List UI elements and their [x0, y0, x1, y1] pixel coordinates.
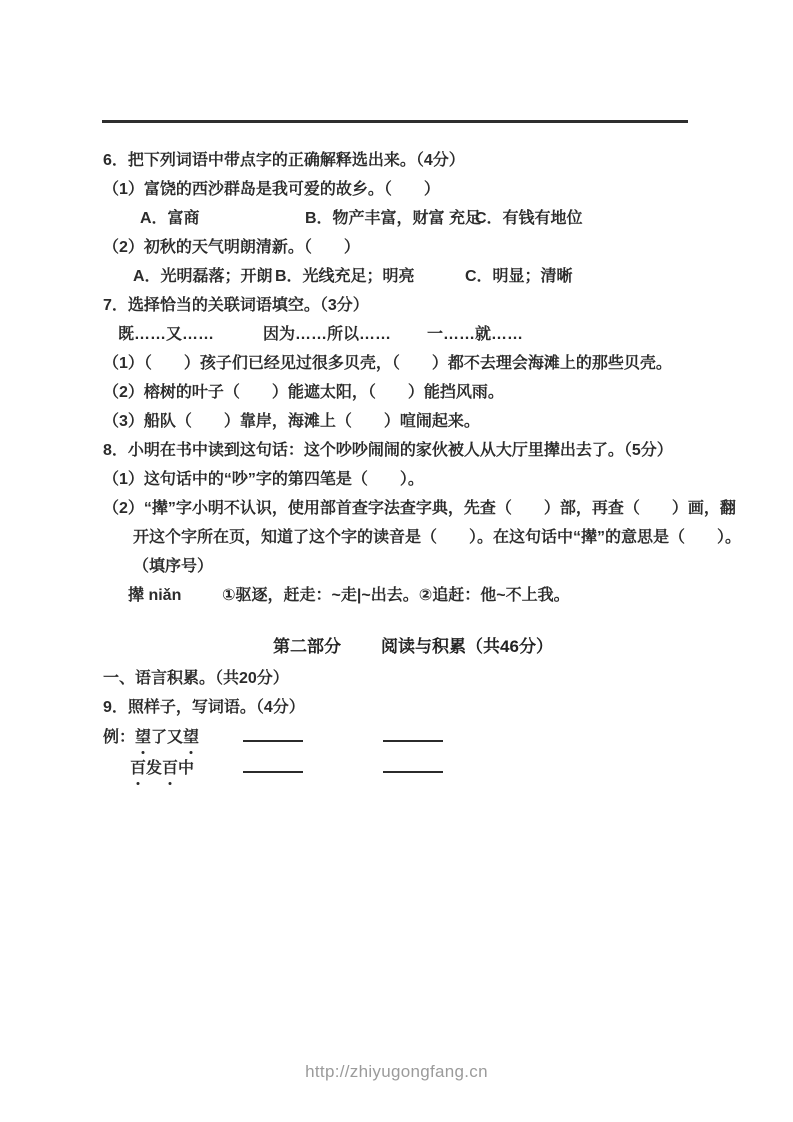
part2-header-title: 阅读与积累（共46分）: [381, 637, 553, 656]
q7-title: 7．选择恰当的关联词语填空。（3分）: [103, 295, 743, 317]
q7-connective-3: 一……就……: [427, 326, 523, 343]
q6-sub2-text: （2）初秋的天气明朗清新。（ ）: [103, 237, 743, 259]
answer-blank[interactable]: [383, 757, 443, 773]
q9-ex1-dotted-char-2: 望: [183, 727, 199, 749]
footer-url: http://zhiyugongfang.cn: [305, 1062, 488, 1081]
q8-sub1-text: （1）这句话中的“吵”字的第四笔是（ ）。: [103, 469, 743, 491]
q9-ex1-dotted-char-1: 望: [135, 727, 151, 749]
q6-sub2-options: A．光明磊落；开朗B．光线充足；明亮C．明显；清晰: [103, 266, 743, 288]
q9-example-row-2: 百发百中: [103, 757, 743, 779]
q9-title: 9．照样子，写词语。（4分）: [103, 697, 743, 719]
q7-connective-2: 因为……所以……: [263, 324, 427, 346]
footer: http://zhiyugongfang.cn: [0, 1062, 793, 1082]
exam-content: 6．把下列词语中带点字的正确解释选出来。（4分） （1）富饶的西沙群岛是我可爱的…: [103, 150, 743, 788]
q8-sub2-line2: 开这个字所在页，知道了这个字的读音是（ ）。在这句话中“撵”的意思是（ ）。: [103, 527, 743, 549]
q8-dictionary-entry: 撵 niǎn①驱逐，赶走：~走|~出去。②追赶：他~不上我。: [103, 585, 743, 607]
dict-headword: 撵 niǎn: [128, 585, 222, 607]
q7-connective-1: 既……又……: [118, 324, 263, 346]
answer-blank[interactable]: [243, 757, 303, 773]
exam-page: 6．把下列词语中带点字的正确解释选出来。（4分） （1）富饶的西沙群岛是我可爱的…: [0, 0, 793, 1122]
q7-connectives: 既……又……因为……所以……一……就……: [103, 324, 743, 346]
q6-sub1-text: （1）富饶的西沙群岛是我可爱的故乡。（ ）: [103, 179, 743, 201]
q9-ex1-middle: 了又: [151, 729, 183, 746]
answer-blank[interactable]: [243, 726, 303, 742]
q9-ex2-char-2: 发: [146, 760, 162, 777]
q8-title: 8．小明在书中读到这句话：这个吵吵闹闹的家伙被人从大厅里撵出去了。（5分）: [103, 440, 743, 462]
q7-sub1-text: （1）（ ）孩子们已经见过很多贝壳，（ ）都不去理会海滩上的那些贝壳。: [103, 353, 743, 375]
q6-sub2-option-b: B．光线充足；明亮: [275, 266, 465, 288]
top-divider: [102, 120, 688, 123]
part2-header: 第二部分阅读与积累（共46分）: [83, 635, 743, 659]
q9-example-row-1: 例：望了又望: [103, 726, 743, 748]
q6-title: 6．把下列词语中带点字的正确解释选出来。（4分）: [103, 150, 743, 172]
q6-sub1-option-b: B．物产丰富，财富 充足: [305, 208, 475, 230]
q6-sub1-option-c: C．有钱有地位: [475, 208, 583, 230]
dict-definition-2: ②追赶：他~不上我。: [419, 587, 570, 604]
part2-header-part: 第二部分: [273, 637, 341, 656]
q9-ex2-char-4: 中: [178, 760, 194, 777]
q9-example-label: 例：: [103, 729, 135, 746]
q6-sub1-options: A．富商B．物产丰富，财富 充足C．有钱有地位: [103, 208, 743, 230]
q8-sub2-line1: （2）“撵”字小明不认识，使用部首查字法查字典，先查（ ）部，再查（ ）画，翻: [103, 498, 743, 520]
q7-sub2-text: （2）榕树的叶子（ ）能遮太阳，（ ）能挡风雨。: [103, 382, 743, 404]
q6-sub1-option-a: A．富商: [103, 208, 305, 230]
section1-title: 一、语言积累。（共20分）: [103, 668, 743, 690]
q8-sub2-line3: （填序号）: [103, 556, 743, 578]
answer-blank[interactable]: [383, 726, 443, 742]
q9-example-1: 例：望了又望: [103, 727, 243, 749]
q6-sub2-option-a: A．光明磊落；开朗: [103, 266, 275, 288]
dict-definition-1: ①驱逐，赶走：~走|~出去。: [222, 585, 419, 607]
q6-sub2-option-c: C．明显；清晰: [465, 266, 573, 288]
q9-ex2-dotted-char-3: 百: [162, 758, 178, 780]
q9-example-2: 百发百中: [103, 758, 243, 780]
q7-sub3-text: （3）船队（ ）靠岸，海滩上（ ）喧闹起来。: [103, 411, 743, 433]
q9-ex2-dotted-char-1: 百: [130, 758, 146, 780]
